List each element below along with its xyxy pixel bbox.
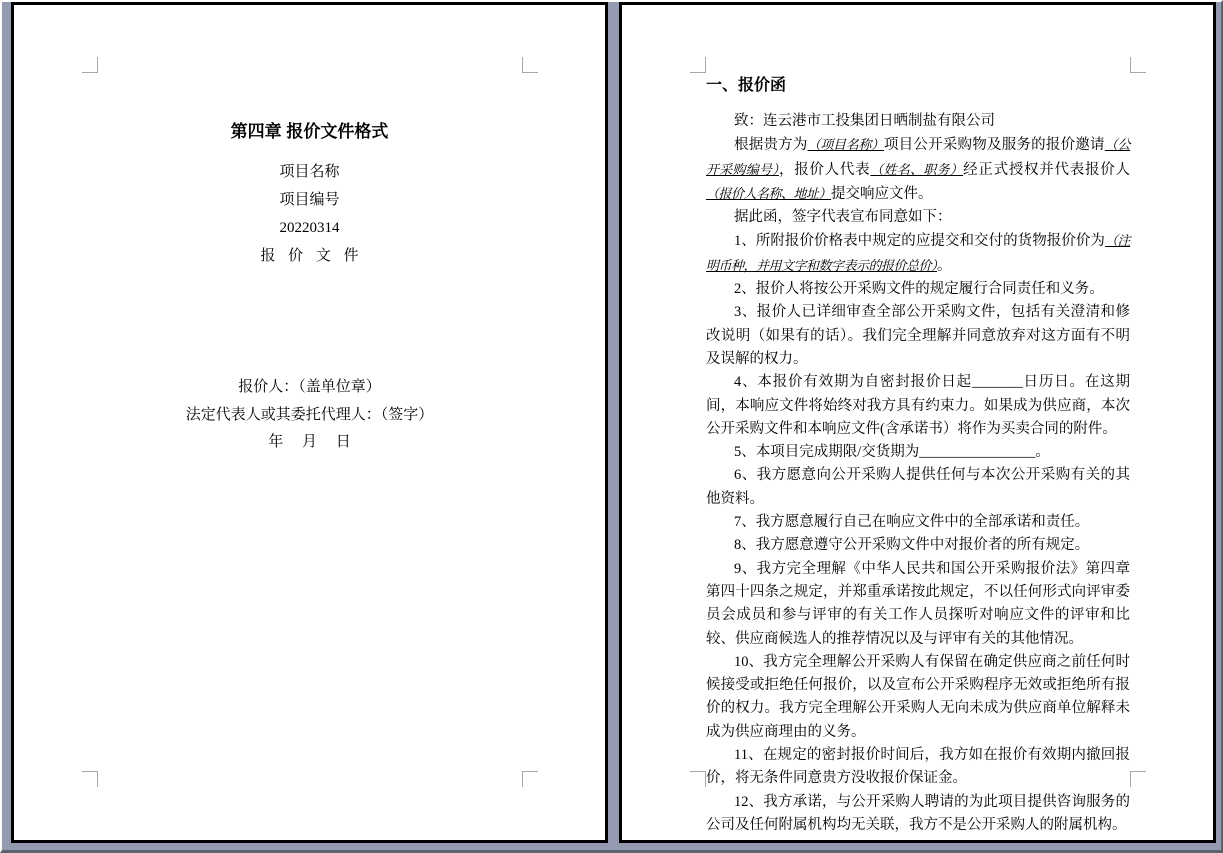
text-run: 12、我方承诺，与公开采购人聘请的为此项目提供咨询服务的公司及任何附属机构均无关… <box>706 794 1130 833</box>
text-run: 1、所附报价价格表中规定的应提交和交付的货物报价价为 <box>734 233 1105 249</box>
body-paragraphs: 致：连云港市工投集团日晒制盐有限公司根据贵方为（项目名称）项目公开采购物及服务的… <box>706 110 1130 837</box>
crop-mark-top-left-icon <box>690 57 706 73</box>
text-run: 5、本项目完成期限/交货期为________________。 <box>734 444 1050 460</box>
project-number-value: 20220314 <box>14 214 605 242</box>
text-run: 提交响应文件。 <box>831 186 933 202</box>
fill-in-blank-run: （报价人名称、地址） <box>706 186 831 201</box>
legal-representative-line: 法定代表人或其委托代理人：（签字） <box>14 402 605 430</box>
paragraph: 2、报价人将按公开采购文件的规定履行合同责任和义务。 <box>706 278 1130 301</box>
paragraph: 1、所附报价价格表中规定的应提交和交付的货物报价价为（注明币种，并用文字和数字表… <box>706 229 1130 278</box>
paragraph: 根据贵方为（项目名称）项目公开采购物及服务的报价邀请（公开采购编号），报价人代表… <box>706 133 1130 206</box>
crop-mark-top-left-icon <box>82 57 98 73</box>
text-run: 。 <box>937 258 952 274</box>
text-run: 7、我方愿意履行自己在响应文件中的全部承诺和责任。 <box>734 514 1089 530</box>
text-run: 项目公开采购物及服务的报价邀请 <box>884 137 1105 153</box>
paragraph: 3、报价人已详细审查全部公开采购文件，包括有关澄清和修改说明（如果有的话）。我们… <box>706 301 1130 371</box>
text-run: 3、报价人已详细审查全部公开采购文件，包括有关澄清和修改说明（如果有的话）。我们… <box>706 304 1130 367</box>
fill-in-blank-run: （姓名、职务） <box>870 162 963 177</box>
project-number-label: 项目编号 <box>14 186 605 214</box>
section-heading: 一、报价函 <box>706 72 786 95</box>
text-run: 4、本报价有效期为自密封报价日起_______日历日。在这期间，本响应文件将始终… <box>706 374 1130 437</box>
text-run: 10、我方完全理解公开采购人有保留在确定供应商之前任何时候接受或拒绝任何报价，以… <box>706 654 1130 740</box>
text-run: 致：连云港市工投集团日晒制盐有限公司 <box>734 113 995 129</box>
crop-mark-top-right-icon <box>522 57 538 73</box>
paragraph: 10、我方完全理解公开采购人有保留在确定供应商之前任何时候接受或拒绝任何报价，以… <box>706 651 1130 744</box>
cover-info-block: 项目名称 项目编号 20220314 报 价 文 件 <box>14 158 605 270</box>
crop-mark-bottom-right-icon <box>1130 771 1146 787</box>
text-run: 经正式授权并代表报价人 <box>963 162 1130 178</box>
chapter-title: 第四章 报价文件格式 <box>14 117 605 142</box>
paragraph: 12、我方承诺，与公开采购人聘请的为此项目提供咨询服务的公司及任何附属机构均无关… <box>706 791 1130 838</box>
paragraph: 11、在规定的密封报价时间后，我方如在报价有效期内撤回报价，将无条件同意贵方没收… <box>706 744 1130 791</box>
text-run: 11、在规定的密封报价时间后，我方如在报价有效期内撤回报价，将无条件同意贵方没收… <box>706 747 1130 786</box>
document-page-2[interactable]: 一、报价函 致：连云港市工投集团日晒制盐有限公司根据贵方为（项目名称）项目公开采… <box>619 2 1216 843</box>
document-title: 报 价 文 件 <box>14 242 605 270</box>
text-run: ，报价人代表 <box>779 162 870 178</box>
text-run: 6、我方愿意向公开采购人提供任何与本次公开采购有关的其他资料。 <box>706 467 1130 506</box>
paragraph: 8、我方愿意遵守公开采购文件中对报价者的所有规定。 <box>706 534 1130 557</box>
document-page-1[interactable]: 第四章 报价文件格式 项目名称 项目编号 20220314 报 价 文 件 报价… <box>11 2 608 843</box>
paragraph: 4、本报价有效期为自密封报价日起_______日历日。在这期间，本响应文件将始终… <box>706 371 1130 441</box>
paragraph: 7、我方愿意履行自己在响应文件中的全部承诺和责任。 <box>706 511 1130 534</box>
date-line: 年 月 日 <box>14 429 605 457</box>
fill-in-blank-run: （项目名称） <box>808 137 884 152</box>
signature-block: 报价人：（盖单位章） 法定代表人或其委托代理人：（签字） 年 月 日 <box>14 374 605 457</box>
crop-mark-top-right-icon <box>1130 57 1146 73</box>
paragraph: 5、本项目完成期限/交货期为________________。 <box>706 441 1130 464</box>
paragraph: 6、我方愿意向公开采购人提供任何与本次公开采购有关的其他资料。 <box>706 464 1130 511</box>
text-run: 8、我方愿意遵守公开采购文件中对报价者的所有规定。 <box>734 537 1089 553</box>
text-run: 9、我方完全理解《中华人民共和国公开采购报价法》第四章第四十四条之规定，并郑重承… <box>706 561 1130 647</box>
paragraph: 致：连云港市工投集团日晒制盐有限公司 <box>706 110 1130 133</box>
paragraph: 9、我方完全理解《中华人民共和国公开采购报价法》第四章第四十四条之规定，并郑重承… <box>706 558 1130 651</box>
paragraph: 据此函，签字代表宣布同意如下： <box>706 206 1130 229</box>
crop-mark-bottom-left-icon <box>690 771 706 787</box>
document-viewer-canvas: 第四章 报价文件格式 项目名称 项目编号 20220314 报 价 文 件 报价… <box>0 0 1223 853</box>
text-run: 2、报价人将按公开采购文件的规定履行合同责任和义务。 <box>734 281 1104 297</box>
bidder-seal-line: 报价人：（盖单位章） <box>14 374 605 402</box>
text-run: 据此函，签字代表宣布同意如下： <box>734 209 952 225</box>
project-name-label: 项目名称 <box>14 158 605 186</box>
crop-mark-bottom-right-icon <box>522 771 538 787</box>
crop-mark-bottom-left-icon <box>82 771 98 787</box>
text-run: 根据贵方为 <box>734 137 808 153</box>
